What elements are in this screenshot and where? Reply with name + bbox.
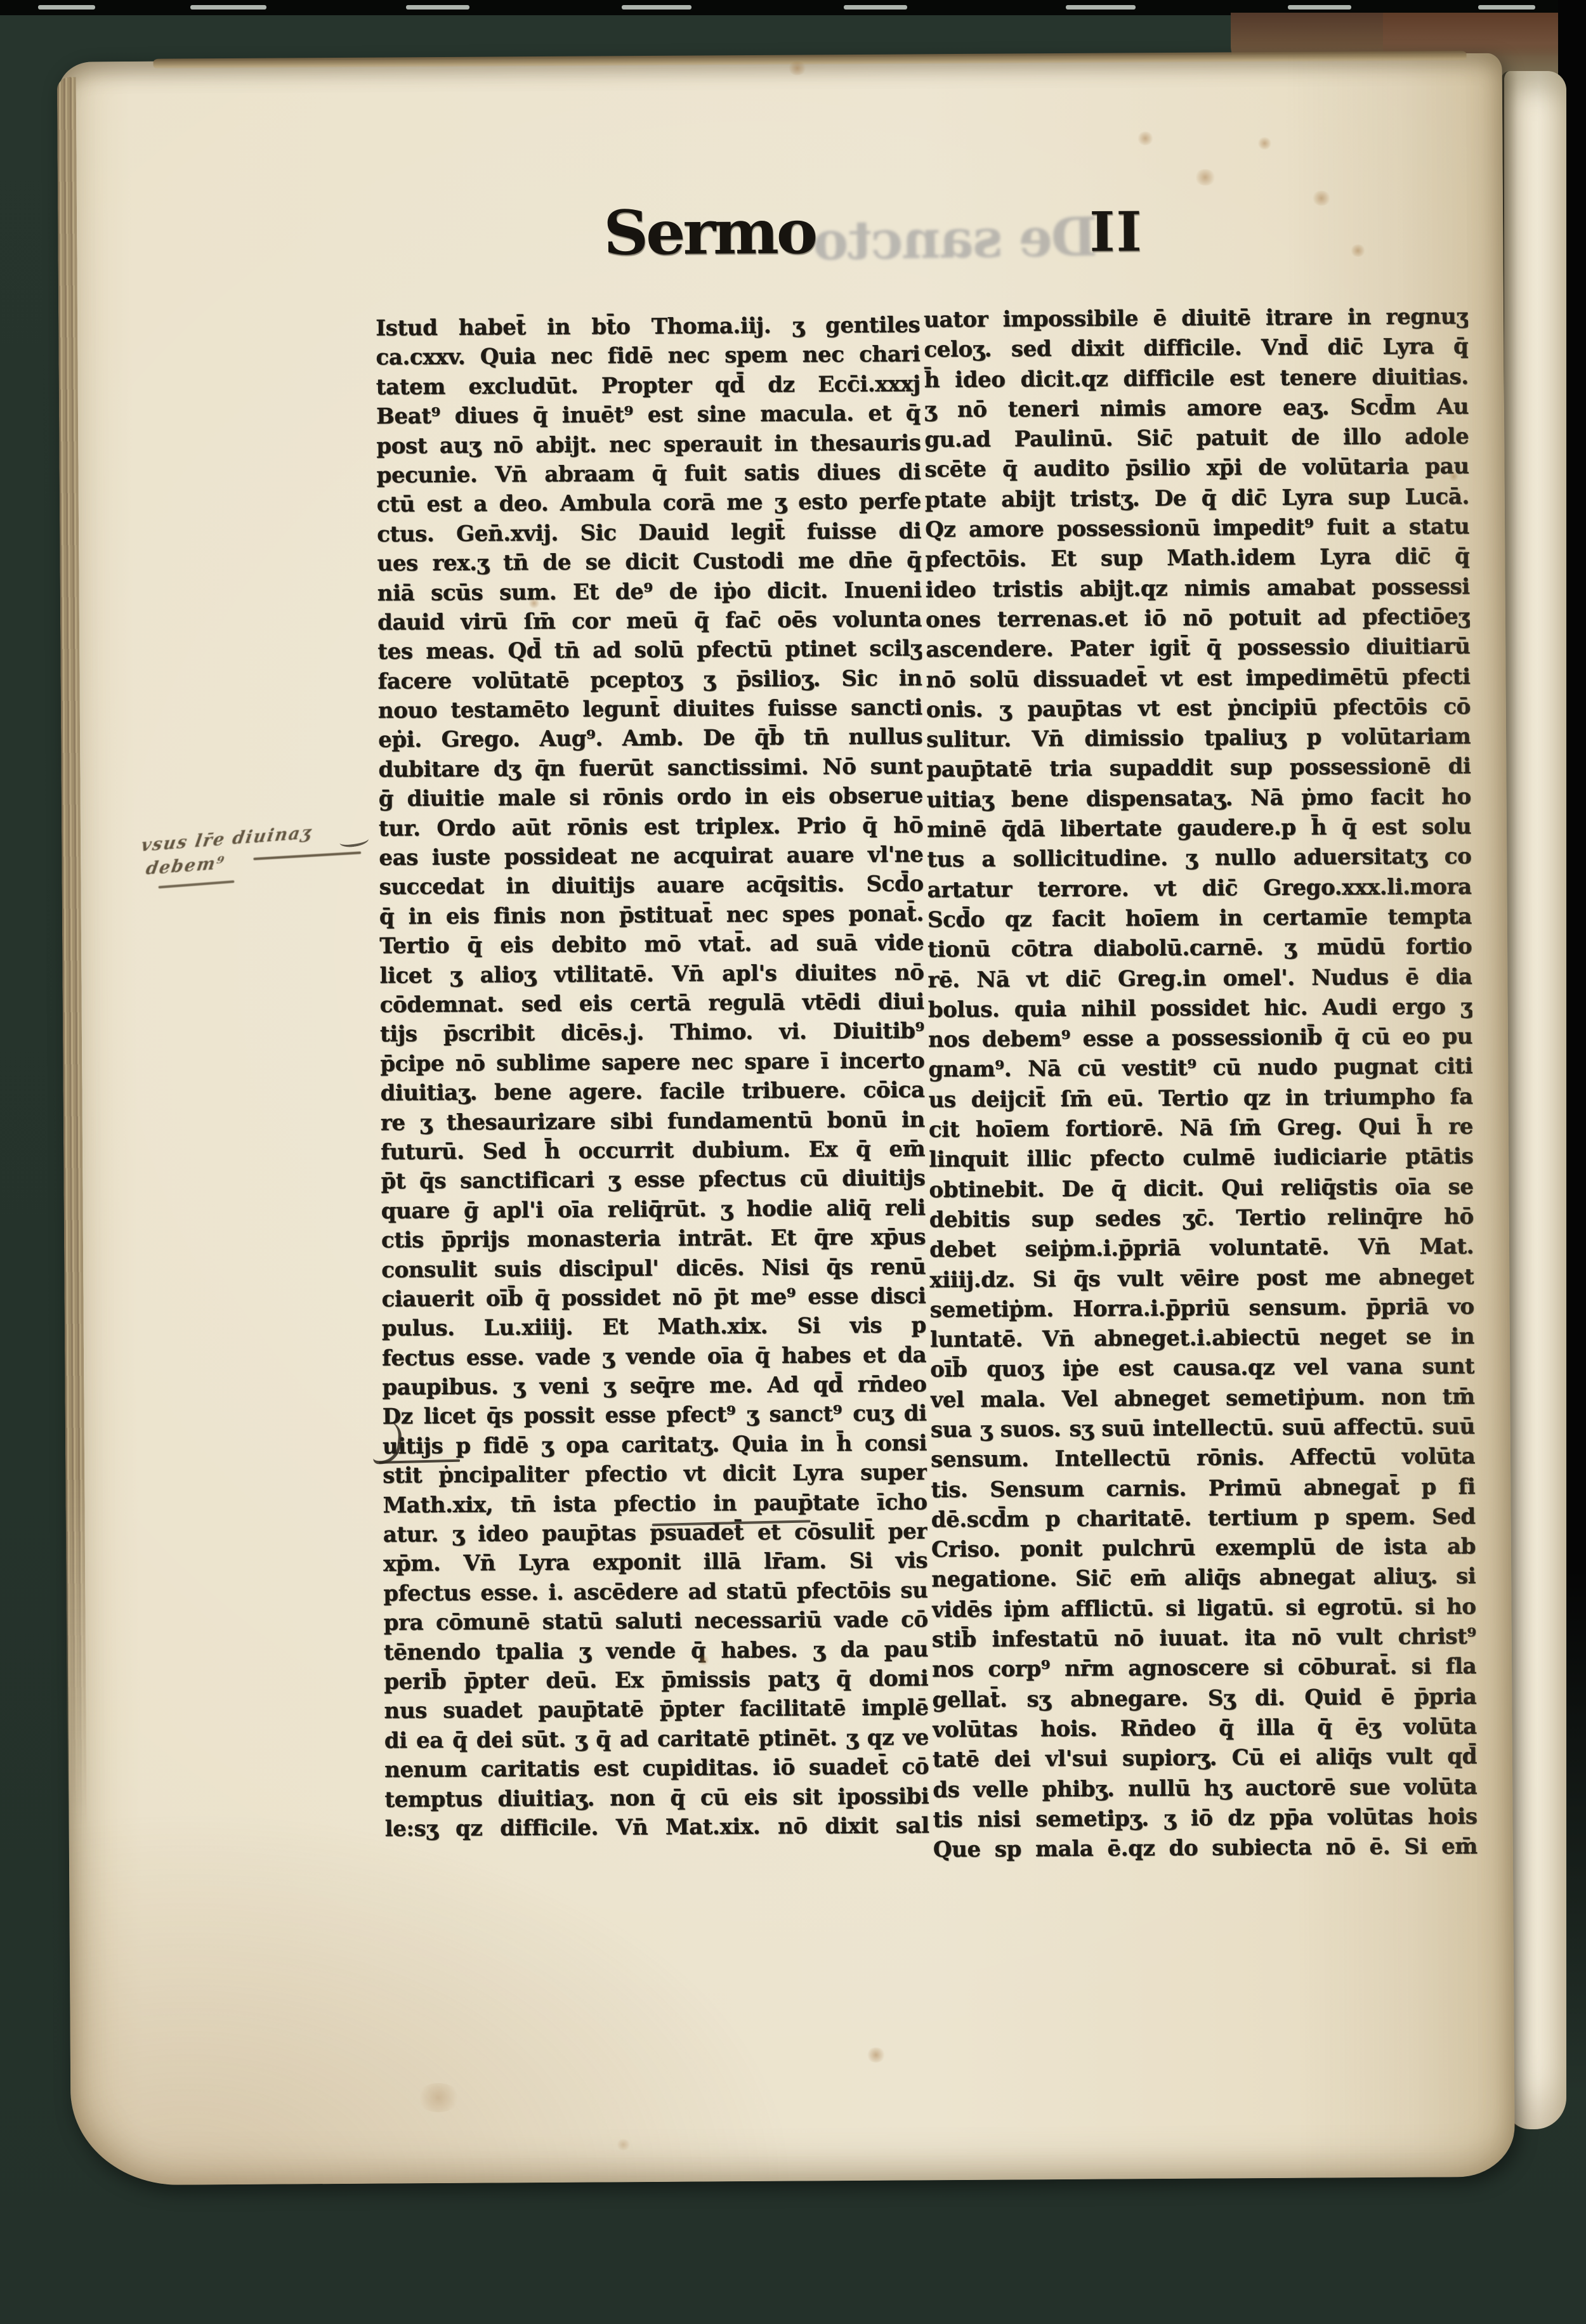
text-line: luntatē. Vn̄ abneget.i.abiectū neget se …	[930, 1322, 1474, 1355]
text-line: stib̄ infestatū nō iuuat. ita nō vult ch…	[932, 1622, 1476, 1655]
text-line: futurū. Sed h̄ occurrit dubium. Ex q̄ em…	[381, 1134, 925, 1167]
text-line: cōdemnat. sed eis certā regulā vtēdi diu…	[380, 987, 924, 1020]
text-line: tus a sollicitudine. ʒ nullo aduersitatʒ…	[927, 842, 1471, 875]
text-line: oīb̄ quoʒ iṗe est causa.qz vel vana sunt	[930, 1352, 1474, 1385]
text-line: consulit suis discipul' dicēs. Nisi q̄s …	[381, 1252, 926, 1285]
page-edges-left	[57, 77, 87, 1827]
text-line: Criso. ponit pulchrū exemplū de ista ab	[931, 1532, 1476, 1565]
foxing-spot	[788, 61, 807, 75]
scan-artifact	[406, 5, 469, 10]
text-line: ḡ diuitie male si rōnis ordo in eis obse…	[379, 781, 923, 814]
text-line: dauid virū ſm̄ cor meū q̄ fac̄ oēs volun…	[377, 604, 922, 637]
text-line: obtinebit. De q̄ dicit. Qui reliq̄stis o…	[929, 1172, 1473, 1206]
text-line: niā scūs sum. Et de⁹ de iṗo dicit. Inuen…	[377, 575, 922, 608]
scan-artifact	[190, 5, 266, 10]
text-line: uator impossibile ē diuitē itrare in reg…	[924, 302, 1468, 336]
text-line: uitiaʒ bene dispensataʒ. Nā ṗmo facit ho	[927, 782, 1471, 816]
text-line: pulus. Lu.xiiij. Et Math.xix. Si vis p	[382, 1311, 926, 1344]
running-title: Sermo	[603, 197, 816, 270]
text-line: le:sʒ qz difficile. Vn̄ Mat.xix. nō dixi…	[384, 1811, 929, 1844]
foxing-spot	[1350, 244, 1365, 257]
scan-artifact	[38, 5, 95, 10]
text-line: paupibus. ʒ veni ʒ seq̄re me. Ad qd̄ rn̄…	[382, 1369, 926, 1402]
text-line: vel mala. Vel abneget semetiṗum. non tm̄	[930, 1382, 1474, 1416]
text-line: tēnendo tpalia ʒ vende q̄ habes. ʒ da pa…	[384, 1635, 928, 1668]
binding-corner	[1383, 13, 1586, 57]
scan-artifact	[1288, 5, 1351, 10]
text-line: q̄ in eis finis non p̄stituat̄ nec spes …	[379, 899, 924, 932]
text-line: nouo testamēto legunt̄ diuites fuisse sa…	[378, 693, 922, 726]
text-line: minē q̄dā libertate gaudere.p h̄ q̄ est …	[927, 812, 1471, 845]
text-line: tis. Sensum carnis. Primū abnegat̄ p fi	[931, 1472, 1475, 1506]
text-line: sulitur. Vn̄ dimissio tpaliuʒ p volūtari…	[926, 722, 1471, 755]
text-line: nus suadet paup̄tatē p̄pter facilitatē i…	[384, 1694, 928, 1727]
foxing-spot	[698, 1655, 709, 1665]
scan-artifact	[1066, 5, 1136, 10]
text-line: gu.ad Paulinū. Sic̄ patuit de illo adole	[924, 422, 1469, 455]
foxing-spot	[1137, 131, 1153, 145]
text-line: bolus. quia nihil possidet hic. Audi erg…	[928, 992, 1472, 1026]
text-line: gellat̄. sʒ abnegare. Sʒ di. Quid ē p̄pr…	[932, 1682, 1476, 1716]
text-line: p̄t q̄s sanctificari ʒ esse pfectus cū d…	[381, 1164, 925, 1197]
foxing-spot	[1195, 169, 1216, 186]
text-line: volūtas hois. Rn̄deo q̄ illa q̄ ēʒ volūt…	[933, 1712, 1477, 1746]
text-line: temptus diuitiaʒ. non q̄ cū eis sit ipos…	[384, 1782, 929, 1815]
page-number: II	[1089, 200, 1143, 264]
text-line: ctus. Gen̄.xvij. Sic Dauid legit̄ fuisse…	[377, 516, 921, 549]
text-line: Istud habet̄ in bt̄o Thoma.iij. ʒ gentil…	[376, 310, 920, 343]
text-column-right: uator impossibile ē diuitē itrare in reg…	[924, 302, 1478, 1865]
text-line: p̄cipe nō sublime sapere nec spare ī inc…	[380, 1046, 924, 1079]
text-line: ʒ nō teneri nimis amore eaʒ. Scd̄m Au	[924, 392, 1469, 426]
text-line: ones terrenas.et iō nō potuit ad pfectiō…	[926, 602, 1470, 636]
text-line: tijs p̄scribit dicēs.j. Thimo. vi. Diuit…	[380, 1017, 924, 1050]
text-line: semetiṗm. Horra.i.p̄priū sensum. p̄priā …	[929, 1292, 1474, 1326]
pen-mark-tilde	[339, 833, 369, 849]
text-line: pecunie. Vn̄ abraam q̄ fuit satis diues …	[376, 457, 921, 490]
handwritten-marginal-note: vsus lr̄e diuinaʒ debem⁹	[136, 823, 314, 880]
scan-artifact	[622, 5, 691, 10]
text-column-left: Istud habet̄ in bt̄o Thoma.iij. ʒ gentil…	[376, 310, 929, 1844]
text-line: xiiij.dz. Si q̄s vult vēire post me abne…	[929, 1262, 1474, 1296]
text-line: post auʒ nō abijt. nec sperauit in thesa…	[376, 428, 921, 461]
foxing-spot	[1257, 137, 1271, 150]
text-line: ciauerit oīb̄ q̄ possidet nō p̄t me⁹ ess…	[381, 1281, 926, 1314]
text-line: artatur terrore. vt dic̄ Grego.xxx.li.mo…	[927, 872, 1471, 906]
text-line: nenum caritatis est cupiditas. iō suadet…	[384, 1752, 929, 1785]
text-line: dē.scd̄m p charitatē. tertium p spem. Se…	[931, 1502, 1476, 1536]
text-line: debitis sup sedes ʒc̄. Tertio relinq̄re …	[929, 1202, 1474, 1236]
text-line: quare ḡ apl'i oīa reliq̄rūt. ʒ hodie ali…	[381, 1193, 926, 1226]
offset-ghost-text: De sancto	[814, 206, 1098, 273]
text-line: cit hoīem fortiorē. Nā ſm̄ Greg. Qui h̄ …	[929, 1112, 1473, 1146]
foxing-spot	[1312, 190, 1331, 206]
pen-stroke	[159, 880, 235, 889]
text-line: xp̄m. Vn̄ Lyra exponit illā lr̄am. Si vi…	[383, 1546, 927, 1579]
text-line: Dz licet q̄s possit esse pfect⁹ ʒ sanct⁹…	[383, 1399, 927, 1432]
text-line: sensum. Intellectū rōnis. Affectū volūta	[931, 1442, 1475, 1475]
foxing-spot	[528, 598, 540, 608]
text-line: dubitare dʒ q̄n fuerūt sanctissimi. Nō s…	[378, 752, 922, 785]
text-line: debet seiṗm.i.p̄priā voluntatē. Vn̄ Mat.	[929, 1232, 1474, 1265]
text-line: tis nisi semetipʒ. ʒ iō dz pp̄a volūtas …	[933, 1802, 1477, 1836]
text-line: paup̄tatē tria supaddit sup possessionē …	[926, 752, 1471, 786]
text-line: facere volūtatē pceptoʒ ʒ p̄silioʒ. Sic …	[377, 663, 922, 696]
text-line: Beat⁹ diues q̄ inuēt⁹ est sine macula. e…	[376, 399, 921, 432]
text-line: licet ʒ alioʒ vtilitatē. Vn̄ apl's diuit…	[379, 958, 924, 991]
foxing-spot	[416, 2083, 461, 2112]
text-line: Scd̄o qz facit hoīem in certamīe tempta	[927, 902, 1472, 936]
text-line: linquit illic pfecto culmē iudiciarie pt…	[929, 1142, 1473, 1175]
text-line: gnam⁹. Nā cū vestit⁹ cū nudo pugnat citi	[928, 1052, 1472, 1086]
text-line: eṗi. Grego. Aug⁹. Amb. De q̄b̄ tn̄ nullu…	[378, 722, 922, 755]
scan-artifact	[844, 5, 907, 10]
scan-artifact	[1478, 5, 1535, 10]
text-line: scēte q̄ audito p̄silio xp̄i de volūtari…	[924, 452, 1469, 486]
foxing-spot	[1449, 472, 1459, 481]
text-line: pra cōmunē statū saluti necessariū vade …	[383, 1605, 927, 1638]
text-line: di ea q̄ dei sūt. ʒ q̄ ad caritatē ptinē…	[384, 1723, 929, 1756]
text-line: tionū cōtra diabolū.carnē. ʒ mūdū fortio	[927, 932, 1472, 965]
text-line: celoʒ. sed dixit difficile. Vnd̄ dic̄ Ly…	[924, 332, 1468, 365]
foxing-spot	[867, 2047, 886, 2063]
text-line: perib̄ p̄pter deū. Ex p̄missis patʒ q̄ d…	[384, 1664, 928, 1697]
text-line: ctū est a deo. Ambula corā me ʒ esto per…	[377, 487, 921, 520]
text-line: tatem excludūt. Propter qd̄ dz Ecc̄i.xxx…	[376, 369, 921, 402]
text-line: Math.xix, tn̄ ista pfectio in paup̄tate …	[383, 1487, 927, 1520]
text-line: ues rex.ʒ tn̄ de se dicit Custodi me dn̄…	[377, 545, 921, 578]
text-line: re ʒ thesaurizare sibi fundamentū bonū i…	[381, 1105, 925, 1138]
text-line: vidēs iṗm afflictū. si ligatū. si egrotū…	[931, 1592, 1476, 1626]
text-line: nos debem⁹ esse a possessionib̄ q̄ cū eo…	[928, 1022, 1472, 1055]
text-line: rē. Nā vt dic̄ Greg.in omel'. Nudus ē di…	[927, 962, 1472, 996]
text-line: Qz amore possessionū impedit⁹ fuit a sta…	[925, 512, 1469, 545]
page-edges-top	[154, 51, 1467, 69]
text-line: ca.cxxv. Quia nec fidē nec spem nec char…	[376, 340, 920, 373]
text-line: ptate abijt tristʒ. De q̄ dic̄ Lyra sup …	[925, 482, 1469, 516]
text-line: ideo tristis abijt.qz nimis amabat posse…	[926, 572, 1470, 606]
text-line: nō solū dissuadet̄ vt est impedimētū pfe…	[926, 662, 1470, 696]
text-line: tur. Ordo aūt rōnis est triplex. Prio q̄…	[379, 811, 923, 844]
text-line: us deijcit̄ ſm̄ eū. Tertio qz in triumph…	[928, 1082, 1472, 1116]
text-line: uitijs p fidē ʒ opa caritatʒ. Quia in h̄…	[383, 1428, 927, 1461]
text-line: stit ṗncipaliter pfectio vt dicit Lyra s…	[383, 1458, 927, 1491]
book-page: Sermo De sancto II Istud habet̄ in bt̄o …	[58, 53, 1515, 2186]
text-line: pfectōis. Et sup Math.idem Lyra dic̄ q̄	[925, 542, 1469, 575]
text-line: ds velle phibʒ. nullū hʒ auctorē sue vol…	[933, 1772, 1477, 1806]
text-line: nos corp⁹ nr̄m agnoscere si cōburat̄. si…	[932, 1652, 1476, 1685]
text-line: onis. ʒ paup̄tas vt est ṗncipiū pfectōis…	[926, 692, 1471, 726]
text-line: fectus esse. vade ʒ vende oīa q̄ habes e…	[382, 1340, 926, 1373]
text-line: eas iuste possideat ne acquirat auare vl…	[379, 840, 923, 873]
text-line: negatione. Sic̄ em̄ aliq̄s abnegat aliuʒ…	[931, 1562, 1476, 1596]
text-line: Que sp mala ē.qz do subiecta nō ē. Si em…	[933, 1832, 1478, 1865]
text-line: Tertio q̄ eis debito mō vtat̄. ad suā vi…	[379, 929, 924, 962]
text-line: sua ʒ suos. sʒ suū intellectū. suū affec…	[931, 1412, 1475, 1446]
text-line: tes meas. Qd̄ tn̄ ad solū pfectū ptinet …	[377, 634, 922, 667]
text-line: ascendere. Pater igit̄ q̄ possessio diui…	[926, 632, 1470, 665]
text-line: h̄ ideo dicit.qz difficile est tenere di…	[924, 362, 1469, 396]
text-line: succedat in diuitijs auare acq̄sitis. Sc…	[379, 870, 923, 903]
text-line: ctis p̄prijs monasteria intrāt. Et q̄re …	[381, 1222, 926, 1255]
book-photograph: Sermo De sancto II Istud habet̄ in bt̄o …	[0, 0, 1586, 2324]
foxing-spot	[617, 2139, 631, 2150]
text-line: diuitiaʒ. bene agere. facile tribuere. c…	[380, 1076, 924, 1109]
text-line: tatē dei vl'sui supiorʒ. Cū ei aliq̄s vu…	[933, 1742, 1477, 1775]
text-line: pfectus esse. i. ascēdere ad statū pfect…	[383, 1576, 927, 1609]
text-line: atur. ʒ ideo paup̄tas psuadet̄ et cōsuli…	[383, 1517, 927, 1550]
